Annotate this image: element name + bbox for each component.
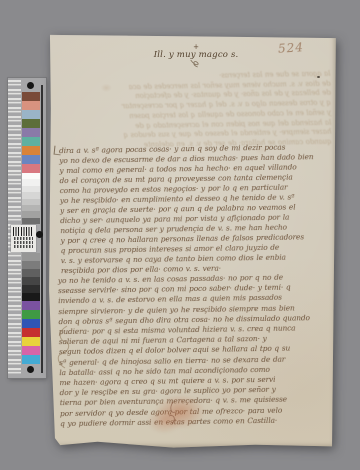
color-patch-group-bottom bbox=[22, 301, 40, 364]
registration-dot bbox=[27, 366, 34, 373]
color-patch bbox=[22, 328, 40, 337]
color-patch bbox=[22, 355, 40, 364]
color-patch bbox=[22, 277, 40, 285]
color-patch bbox=[22, 164, 40, 173]
manuscript-page-wrapper: + Ill. y muy magco s. 524 la agora se du… bbox=[45, 34, 337, 448]
color-patch bbox=[22, 346, 40, 355]
gray-ramp-dark bbox=[22, 253, 40, 301]
color-patch bbox=[22, 310, 40, 319]
color-patch bbox=[22, 128, 40, 137]
color-patch bbox=[22, 301, 40, 310]
registration-dot bbox=[36, 231, 43, 238]
color-patch bbox=[22, 92, 40, 101]
color-patch bbox=[22, 261, 40, 269]
color-patch bbox=[22, 293, 40, 301]
page-header: + Ill. y muy magco s. bbox=[154, 44, 239, 68]
color-patch bbox=[22, 110, 40, 119]
calibration-strip-rule bbox=[41, 85, 43, 373]
manuscript-page: + Ill. y muy magco s. 524 la agora se du… bbox=[45, 34, 337, 448]
color-patch bbox=[22, 218, 40, 224]
color-patch bbox=[22, 253, 40, 261]
bleedthrough-text: la agora se due en las terçeras·de dios … bbox=[56, 70, 331, 152]
color-patch bbox=[22, 119, 40, 128]
archive-photo-background: + Ill. y muy magco s. 524 la agora se du… bbox=[0, 0, 360, 470]
margin-flourish bbox=[55, 324, 73, 370]
color-patch bbox=[22, 337, 40, 346]
folio-number: 524 bbox=[278, 40, 305, 56]
color-patch bbox=[22, 269, 40, 277]
color-patch-group-top bbox=[22, 92, 40, 173]
color-patch bbox=[22, 137, 40, 146]
ink-speck bbox=[317, 76, 320, 78]
color-patch bbox=[22, 319, 40, 328]
barcode-text-row bbox=[14, 237, 33, 240]
color-patch bbox=[22, 146, 40, 155]
barcode-text-row bbox=[14, 241, 33, 244]
gray-ramp-light bbox=[22, 173, 40, 224]
barcode-text-row bbox=[14, 245, 33, 248]
color-patch bbox=[22, 155, 40, 164]
barcode-label bbox=[11, 225, 36, 252]
header-rubric-loop bbox=[189, 59, 203, 68]
invocation-text: Ill. y muy magco s. bbox=[154, 50, 239, 60]
registration-dot bbox=[27, 82, 34, 89]
paragraph-1: dira a v. sª agora pocas cosas· y aun q … bbox=[59, 142, 335, 276]
stain-ink-mark bbox=[163, 400, 183, 426]
barcode-icon bbox=[13, 227, 34, 236]
color-patch bbox=[22, 285, 40, 293]
color-patch bbox=[22, 101, 40, 110]
color-calibration-strip bbox=[8, 78, 46, 378]
